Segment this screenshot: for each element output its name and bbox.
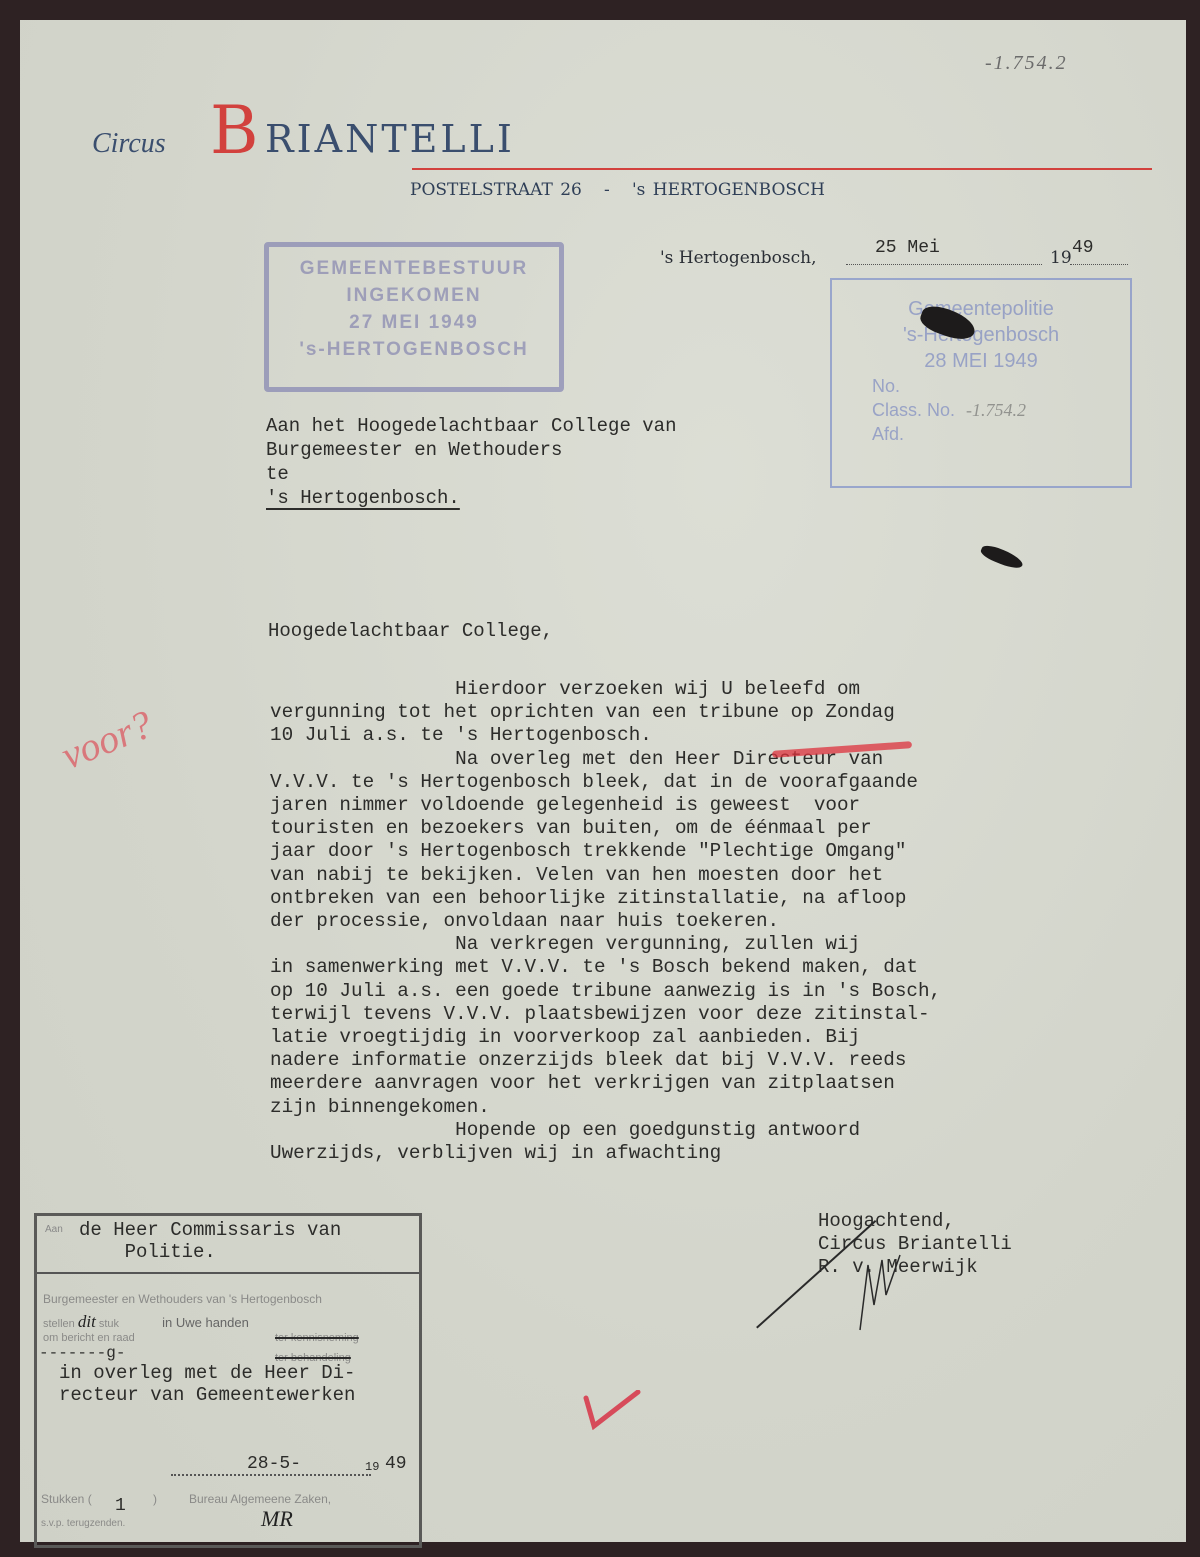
addressee-line: Aan het Hoogedelachtbaar College van	[266, 415, 676, 437]
date-century: 19	[1050, 248, 1072, 268]
box-stukken-count: 1	[115, 1496, 126, 1516]
letterhead-circus: Circus	[92, 128, 166, 160]
box-date-century: 19	[365, 1460, 379, 1474]
stamp-line: GEMEENTEBESTUUR	[269, 255, 559, 282]
date-year: 49	[1072, 238, 1094, 258]
box-return-note: s.v.p. terugzenden.	[41, 1518, 125, 1529]
letterhead-initial: B	[210, 98, 259, 164]
box-dash-line: -------g-	[39, 1344, 125, 1362]
box-struck-option: ter kennisneming	[275, 1332, 359, 1344]
addressee-city: 's Hertogenbosch.	[266, 487, 460, 509]
stamp-line: Gemeentepolitie	[832, 296, 1130, 322]
box-stukken-close: )	[153, 1492, 157, 1506]
box-date: 28-5-	[247, 1454, 301, 1474]
box-handwritten-insert: dit	[78, 1312, 96, 1331]
stamp-line: INGEKOMEN	[269, 282, 559, 309]
box-printed-text: stellen	[43, 1318, 75, 1330]
received-stamp: GEMEENTEBESTUUR INGEKOMEN 27 MEI 1949 's…	[264, 242, 564, 392]
salutation: Hoogedelachtbaar College,	[268, 620, 553, 642]
letterhead-address: POSTELSTRAAT 26 - 's HERTOGENBOSCH	[410, 180, 825, 200]
letterhead-rule	[412, 168, 1152, 170]
red-margin-note: voor?	[55, 700, 159, 779]
box-stukken-label: Stukken (	[41, 1492, 92, 1506]
box-department: Bureau Algemeene Zaken,	[189, 1492, 331, 1506]
box-date-year: 49	[385, 1454, 407, 1474]
box-initials: MR	[261, 1506, 293, 1532]
police-stamp: Gemeentepolitie 's-Hertogenbosch 28 MEI …	[830, 278, 1132, 488]
stamp-field-value: -1.754.2	[966, 400, 1026, 420]
stamp-field-label: Class. No.	[872, 400, 955, 420]
addressee-block: Aan het Hoogedelachtbaar College van Bur…	[266, 414, 676, 510]
signature-icon	[850, 1245, 920, 1335]
ink-blot	[979, 542, 1025, 571]
box-recipient: de Heer Commissaris van Politie.	[79, 1219, 341, 1263]
box-divider	[37, 1272, 419, 1274]
year-dotted-line	[1070, 264, 1128, 265]
stamp-line: 's-HERTOGENBOSCH	[269, 336, 559, 363]
addressee-line: Burgemeester en Wethouders	[266, 439, 562, 461]
date-dotted-line	[846, 264, 1042, 265]
addressee-line: te	[266, 463, 289, 485]
date-place: 's Hertogenbosch,	[660, 248, 817, 268]
letterhead-name: RIANTELLI	[265, 120, 515, 158]
stamp-line: 's-Hertogenbosch	[832, 322, 1130, 348]
archive-number: -1.754.2	[985, 52, 1068, 75]
letter-page: Circus B RIANTELLI POSTELSTRAAT 26 - 's …	[20, 20, 1186, 1542]
box-aan-label: Aan	[45, 1224, 63, 1235]
stamp-line: 27 MEI 1949	[269, 309, 559, 336]
stamp-line: 28 MEI 1949	[832, 348, 1130, 374]
box-instruction: in overleg met de Heer Di- recteur van G…	[59, 1362, 355, 1406]
routing-stamp-box: Aan de Heer Commissaris van Politie. Bur…	[34, 1213, 422, 1548]
red-check-icon	[582, 1390, 642, 1430]
date-day-month: 25 Mei	[875, 238, 940, 258]
box-printed-text: stuk	[99, 1318, 119, 1330]
box-date-dotted-line	[171, 1474, 371, 1476]
stamp-field-class: Class. No. -1.754.2	[832, 398, 1130, 422]
box-printed-text: in Uwe handen	[162, 1315, 249, 1330]
box-printed-line: stellen dit stuk in Uwe handen	[43, 1312, 249, 1332]
box-printed-line: Burgemeester en Wethouders van 's Hertog…	[43, 1292, 322, 1306]
stamp-field-no: No.	[832, 374, 1130, 398]
box-printed-line: om bericht en raad	[43, 1332, 135, 1344]
stamp-field-afd: Afd.	[832, 422, 1130, 446]
